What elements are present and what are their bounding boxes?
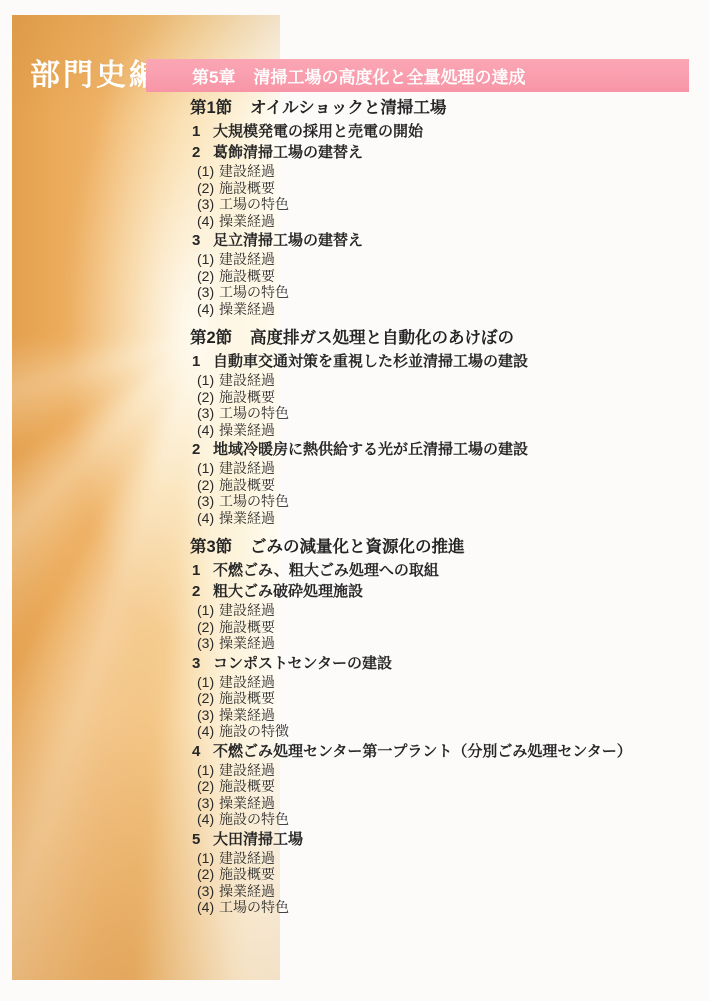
section-heading: 第2節高度排ガス処理と自動化のあけぼの	[190, 326, 695, 350]
subitem-title: 建設経過	[219, 850, 275, 867]
toc-subitem-row: (4)操業経過	[190, 422, 695, 439]
subitem-title: 施設概要	[219, 268, 275, 285]
table-of-contents: 第1節オイルショックと清掃工場1大規模発電の採用と売電の開始2葛飾清掃工場の建替…	[190, 96, 695, 916]
toc-item-row: 1自動車交通対策を重視した杉並清掃工場の建設	[190, 353, 695, 371]
subitem-number: (1)	[197, 762, 219, 779]
subitem-title: 工場の特色	[219, 899, 289, 916]
item-title: 足立清掃工場の建替え	[213, 232, 363, 250]
subitem-number: (3)	[197, 707, 219, 724]
chapter-label: 第5章	[192, 63, 235, 88]
item-number: 1	[192, 123, 213, 141]
toc-subitem-row: (2)施設概要	[190, 690, 695, 707]
section-label: 第2節	[190, 326, 240, 350]
item-number: 2	[192, 583, 213, 601]
item-number: 1	[192, 562, 213, 580]
subitem-number: (2)	[197, 477, 219, 494]
section-title: オイルショックと清掃工場	[250, 96, 446, 120]
toc-subitem-row: (3)操業経過	[190, 707, 695, 724]
subitem-number: (1)	[197, 251, 219, 268]
toc-item-row: 5大田清掃工場	[190, 831, 695, 849]
subitem-title: 操業経過	[219, 213, 275, 230]
subitem-title: 施設の特色	[219, 811, 289, 828]
toc-subitem-row: (1)建設経過	[190, 163, 695, 180]
toc-item-row: 3足立清掃工場の建替え	[190, 232, 695, 250]
item-number: 3	[192, 655, 213, 673]
section-label: 第3節	[190, 535, 240, 559]
item-title: 不燃ごみ、粗大ごみ処理への取組	[213, 562, 439, 580]
toc-subitem-row: (3)操業経過	[190, 795, 695, 812]
item-number: 2	[192, 441, 213, 459]
subitem-number: (1)	[197, 372, 219, 389]
subitem-number: (1)	[197, 163, 219, 180]
subitem-number: (3)	[197, 196, 219, 213]
toc-subitem-row: (3)工場の特色	[190, 196, 695, 213]
item-number: 2	[192, 144, 213, 162]
toc-subitem-row: (4)操業経過	[190, 510, 695, 527]
item-number: 1	[192, 353, 213, 371]
chapter-bar: 第5章 清掃工場の高度化と全量処理の達成	[146, 59, 689, 92]
toc-subitem-row: (1)建設経過	[190, 762, 695, 779]
toc-subitem-row: (4)施設の特色	[190, 811, 695, 828]
subitem-title: 施設の特徴	[219, 723, 289, 740]
toc-subitem-row: (1)建設経過	[190, 674, 695, 691]
toc-item-row: 3コンポストセンターの建設	[190, 655, 695, 673]
subitem-title: 施設概要	[219, 690, 275, 707]
subitem-number: (3)	[197, 883, 219, 900]
subitem-title: 操業経過	[219, 635, 275, 652]
section-title: 高度排ガス処理と自動化のあけぼの	[250, 326, 514, 350]
subitem-title: 建設経過	[219, 460, 275, 477]
subitem-number: (2)	[197, 180, 219, 197]
item-title: コンポストセンターの建設	[213, 655, 392, 673]
page-background: { "page": { "binder_title": "部門史編", "cha…	[0, 0, 709, 1001]
subitem-title: 操業経過	[219, 301, 275, 318]
toc-subitem-row: (4)施設の特徴	[190, 723, 695, 740]
subitem-number: (4)	[197, 213, 219, 230]
subitem-title: 操業経過	[219, 795, 275, 812]
toc-subitem-row: (1)建設経過	[190, 602, 695, 619]
toc-item-row: 1大規模発電の採用と売電の開始	[190, 123, 695, 141]
subitem-number: (2)	[197, 690, 219, 707]
toc-subitem-row: (1)建設経過	[190, 460, 695, 477]
toc-subitem-row: (2)施設概要	[190, 268, 695, 285]
subitem-number: (1)	[197, 602, 219, 619]
subitem-title: 操業経過	[219, 510, 275, 527]
toc-subitem-row: (1)建設経過	[190, 850, 695, 867]
subitem-title: 建設経過	[219, 372, 275, 389]
subitem-number: (1)	[197, 460, 219, 477]
toc-subitem-row: (2)施設概要	[190, 180, 695, 197]
subitem-number: (3)	[197, 635, 219, 652]
item-title: 大規模発電の採用と売電の開始	[213, 123, 423, 141]
toc-subitem-row: (4)操業経過	[190, 213, 695, 230]
subitem-number: (4)	[197, 899, 219, 916]
subitem-title: 工場の特色	[219, 405, 289, 422]
subitem-title: 建設経過	[219, 163, 275, 180]
toc-subitem-row: (2)施設概要	[190, 778, 695, 795]
subitem-title: 工場の特色	[219, 284, 289, 301]
toc-item-row: 2葛飾清掃工場の建替え	[190, 144, 695, 162]
toc-item-row: 2粗大ごみ破砕処理施設	[190, 583, 695, 601]
section-label: 第1節	[190, 96, 240, 120]
subitem-title: 施設概要	[219, 180, 275, 197]
chapter-title: 清掃工場の高度化と全量処理の達成	[253, 63, 525, 88]
toc-subitem-row: (2)施設概要	[190, 477, 695, 494]
section-heading: 第3節ごみの減量化と資源化の推進	[190, 535, 695, 559]
subitem-number: (4)	[197, 723, 219, 740]
subitem-title: 建設経過	[219, 762, 275, 779]
subitem-title: 施設概要	[219, 477, 275, 494]
subitem-title: 施設概要	[219, 619, 275, 636]
subitem-number: (1)	[197, 674, 219, 691]
subitem-number: (3)	[197, 284, 219, 301]
item-number: 5	[192, 831, 213, 849]
subitem-number: (4)	[197, 301, 219, 318]
subitem-number: (4)	[197, 811, 219, 828]
subitem-title: 建設経過	[219, 251, 275, 268]
subitem-number: (3)	[197, 405, 219, 422]
toc-item-row: 2地域冷暖房に熱供給する光が丘清掃工場の建設	[190, 441, 695, 459]
toc-subitem-row: (3)操業経過	[190, 635, 695, 652]
toc-subitem-row: (3)操業経過	[190, 883, 695, 900]
toc-item-row: 1不燃ごみ、粗大ごみ処理への取組	[190, 562, 695, 580]
subitem-number: (4)	[197, 422, 219, 439]
item-number: 3	[192, 232, 213, 250]
subitem-title: 建設経過	[219, 602, 275, 619]
subitem-title: 操業経過	[219, 883, 275, 900]
binder-title: 部門史編	[30, 50, 162, 94]
item-title: 地域冷暖房に熱供給する光が丘清掃工場の建設	[213, 441, 528, 459]
toc-subitem-row: (2)施設概要	[190, 389, 695, 406]
subitem-number: (2)	[197, 866, 219, 883]
toc-subitem-row: (1)建設経過	[190, 251, 695, 268]
toc-subitem-row: (1)建設経過	[190, 372, 695, 389]
subitem-title: 施設概要	[219, 866, 275, 883]
subitem-number: (1)	[197, 850, 219, 867]
toc-subitem-row: (2)施設概要	[190, 866, 695, 883]
section-title: ごみの減量化と資源化の推進	[250, 535, 465, 559]
subitem-title: 操業経過	[219, 707, 275, 724]
subitem-title: 工場の特色	[219, 196, 289, 213]
subitem-title: 施設概要	[219, 778, 275, 795]
item-title: 不燃ごみ処理センター第一プラント（分別ごみ処理センター）	[213, 743, 632, 761]
toc-subitem-row: (3)工場の特色	[190, 493, 695, 510]
subitem-number: (3)	[197, 493, 219, 510]
subitem-number: (2)	[197, 389, 219, 406]
section-heading: 第1節オイルショックと清掃工場	[190, 96, 695, 120]
toc-subitem-row: (4)工場の特色	[190, 899, 695, 916]
toc-item-row: 4不燃ごみ処理センター第一プラント（分別ごみ処理センター）	[190, 743, 695, 761]
item-title: 粗大ごみ破砕処理施設	[213, 583, 363, 601]
subitem-number: (3)	[197, 795, 219, 812]
toc-subitem-row: (3)工場の特色	[190, 284, 695, 301]
subitem-number: (2)	[197, 619, 219, 636]
item-title: 自動車交通対策を重視した杉並清掃工場の建設	[213, 353, 528, 371]
subitem-number: (2)	[197, 778, 219, 795]
toc-subitem-row: (3)工場の特色	[190, 405, 695, 422]
item-title: 大田清掃工場	[213, 831, 303, 849]
subitem-title: 建設経過	[219, 674, 275, 691]
item-number: 4	[192, 743, 213, 761]
toc-subitem-row: (2)施設概要	[190, 619, 695, 636]
subitem-number: (2)	[197, 268, 219, 285]
toc-subitem-row: (4)操業経過	[190, 301, 695, 318]
item-title: 葛飾清掃工場の建替え	[213, 144, 363, 162]
subitem-title: 工場の特色	[219, 493, 289, 510]
subitem-title: 操業経過	[219, 422, 275, 439]
subitem-number: (4)	[197, 510, 219, 527]
subitem-title: 施設概要	[219, 389, 275, 406]
